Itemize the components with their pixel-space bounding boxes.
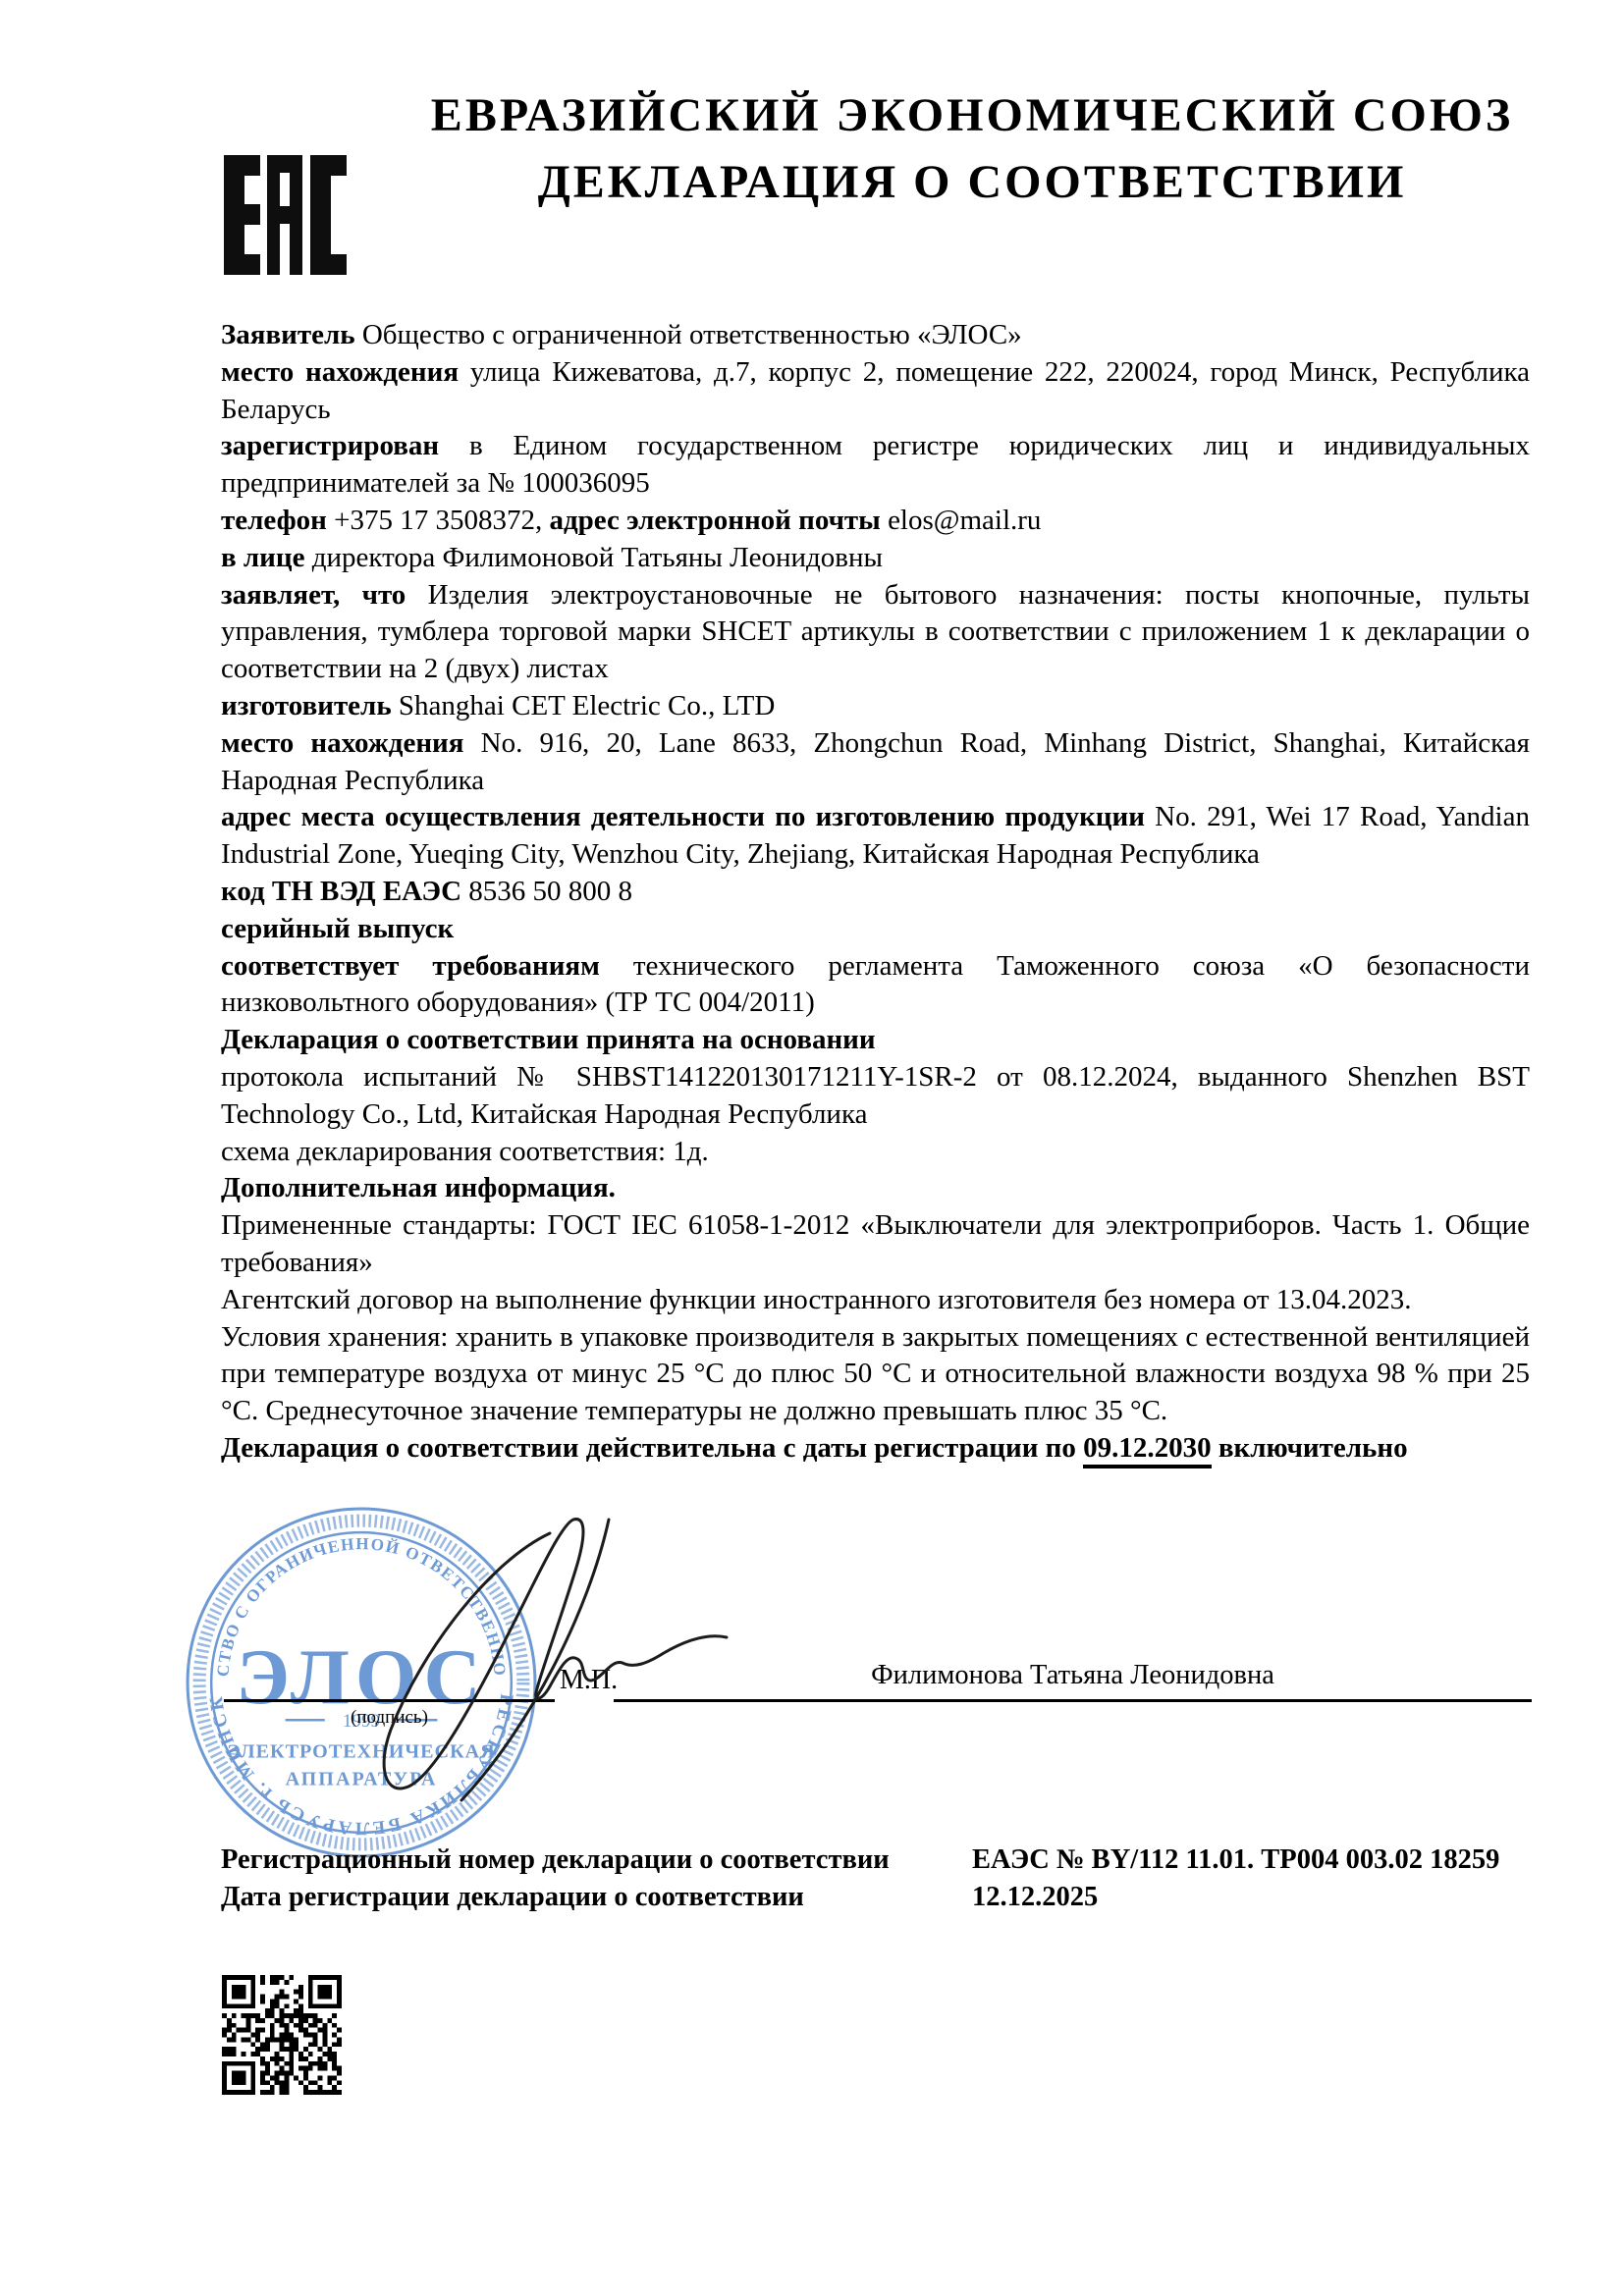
paragraph: изготовитель Shanghai CET Electric Co., … (221, 688, 1530, 725)
stamp-year: 1999 (343, 1711, 380, 1732)
stamp-caption-line1: ЭЛЕКТРОТЕХНИЧЕСКАЯ (227, 1740, 495, 1762)
paragraph: Декларация о соответствии действительна … (221, 1430, 1530, 1468)
paragraph: Дополнительная информация. (221, 1170, 1530, 1207)
title-line-union: ЕВРАЗИЙСКИЙ ЭКОНОМИЧЕСКИЙ СОЮЗ (412, 82, 1532, 149)
mp-seal-label: М.П. (560, 1665, 618, 1696)
stamp: ОБЩЕСТВО С ОГРАНИЧЕННОЙ ОТВЕТСТВЕННОСТЬЮ… (179, 1500, 544, 1865)
paragraph: заявляет, что Изделия электроустановочны… (221, 577, 1530, 688)
signer-name-line (614, 1699, 1532, 1702)
paragraph: в лице директора Филимоновой Татьяны Лео… (221, 540, 1530, 577)
paragraph: Заявитель Общество с ограниченной ответс… (221, 317, 1530, 354)
paragraph: Агентский договор на выполнение функции … (221, 1282, 1530, 1319)
title-line-declaration: ДЕКЛАРАЦИЯ О СООТВЕТСТВИИ (412, 149, 1532, 216)
paragraph: Декларация о соответствии принята на осн… (221, 1022, 1530, 1059)
declaration-body: Заявитель Общество с ограниченной ответс… (221, 317, 1530, 1468)
paragraph: Условия хранения: хранить в упаковке про… (221, 1319, 1530, 1430)
document-title: ЕВРАЗИЙСКИЙ ЭКОНОМИЧЕСКИЙ СОЮЗ ДЕКЛАРАЦИ… (412, 82, 1532, 216)
registration-number-label: Регистрационный номер декларации о соотв… (221, 1842, 972, 1879)
registration-date-row: Дата регистрации декларации о соответств… (221, 1879, 1530, 1916)
registration-date-value: 12.12.2025 (972, 1879, 1530, 1916)
registration-info: Регистрационный номер декларации о соотв… (221, 1842, 1530, 1916)
paragraph: адрес места осуществления деятельности п… (221, 799, 1530, 874)
registration-date-label: Дата регистрации декларации о соответств… (221, 1879, 972, 1916)
paragraph: код ТН ВЭД ЕАЭС 8536 50 800 8 (221, 874, 1530, 911)
paragraph: схема декларирования соответствия: 1д. (221, 1134, 1530, 1171)
stamp-company-name: ЭЛОС (236, 1633, 486, 1721)
paragraph: Примененные стандарты: ГОСТ IEC 61058-1-… (221, 1207, 1530, 1282)
paragraph: протокола испытаний № SHBST1412201301712… (221, 1059, 1530, 1134)
paragraph: соответствует требованиям технического р… (221, 948, 1530, 1023)
declaration-document: ЕВРАЗИЙСКИЙ ЭКОНОМИЧЕСКИЙ СОЮЗ ДЕКЛАРАЦИ… (0, 0, 1624, 2296)
registration-number-value: ЕАЭС № BY/112 11.01. ТР004 003.02 18259 (972, 1842, 1530, 1879)
paragraph: серийный выпуск (221, 911, 1530, 948)
paragraph: место нахождения улица Кижеватова, д.7, … (221, 354, 1530, 429)
paragraph: зарегистрирован в Едином государственном… (221, 428, 1530, 503)
eac-mark-icon (224, 155, 347, 275)
stamp-caption-line2: АППАРАТУРА (286, 1769, 438, 1790)
paragraph: телефон +375 17 3508372, адрес электронн… (221, 503, 1530, 540)
paragraph: место нахождения No. 916, 20, Lane 8633,… (221, 725, 1530, 800)
registration-number-row: Регистрационный номер декларации о соотв… (221, 1842, 1530, 1879)
signer-name: Филимонова Татьяна Леонидовна (614, 1660, 1532, 1691)
qr-code (222, 1975, 342, 2095)
